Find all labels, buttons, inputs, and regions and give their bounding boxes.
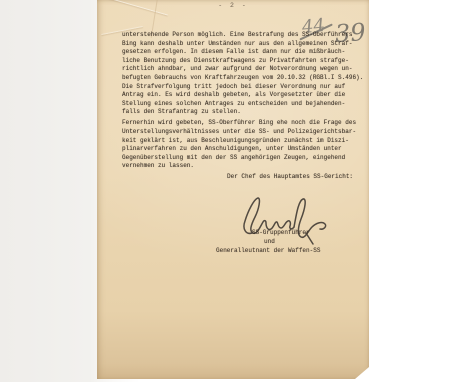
text-line: unterstehende Person möglich. Eine Bestr… (122, 31, 368, 40)
scan-background: - 2 - 44 39 unterstehende Person möglich… (0, 0, 468, 382)
closing-line: Der Chef des Hauptamtes SS-Gericht: (227, 173, 353, 180)
page-number: - 2 - (97, 2, 369, 9)
text-line: gesetzen erfolgen. In diesem Falle ist d… (122, 48, 368, 57)
text-line: Bing kann deshalb unter Umständen nur au… (122, 40, 368, 49)
text-line: plinarverfahren zu den Anschuldigungen, … (122, 145, 368, 154)
text-line: Unterstellungsverhältnisses unter die SS… (122, 128, 368, 137)
text-line: Antrag ein. Es wird deshalb gebeten, als… (122, 91, 368, 100)
text-line: keit geklärt ist, aus Beschleunigungsgrü… (122, 137, 368, 146)
text-line: vernehmen zu lassen. (122, 162, 368, 171)
text-line: falls den Strafantrag zu stellen. (122, 108, 368, 117)
paragraph-2: Fernerhin wird gebeten, SS-Oberführer Bi… (122, 119, 368, 171)
signature-und-line: und (264, 238, 275, 245)
letter-body: unterstehende Person möglich. Eine Bestr… (122, 31, 368, 171)
text-line: befugten Gebrauchs von Kraftfahrzeugen v… (122, 74, 368, 83)
signature-rank-line: SS-Gruppenführer (252, 229, 310, 236)
paragraph-1: unterstehende Person möglich. Eine Bestr… (122, 31, 368, 117)
text-line: Fernerhin wird gebeten, SS-Oberführer Bi… (122, 119, 368, 128)
text-line: richtlich ahndbar, und zwar aufgrund der… (122, 65, 368, 74)
text-line: Gegenüberstellung mit den der SS angehör… (122, 154, 368, 163)
handwritten-signature (230, 189, 336, 245)
signature-title-line: Generalleutnant der Waffen-SS (216, 247, 320, 254)
document-page: - 2 - 44 39 unterstehende Person möglich… (97, 0, 369, 379)
text-line: Stellung eines solchen Antrages zu entsc… (122, 100, 368, 109)
text-line: liche Benutzung des Dienstkraftwagens zu… (122, 57, 368, 66)
text-line: Die Strafverfolgung tritt jedoch bei die… (122, 83, 368, 92)
